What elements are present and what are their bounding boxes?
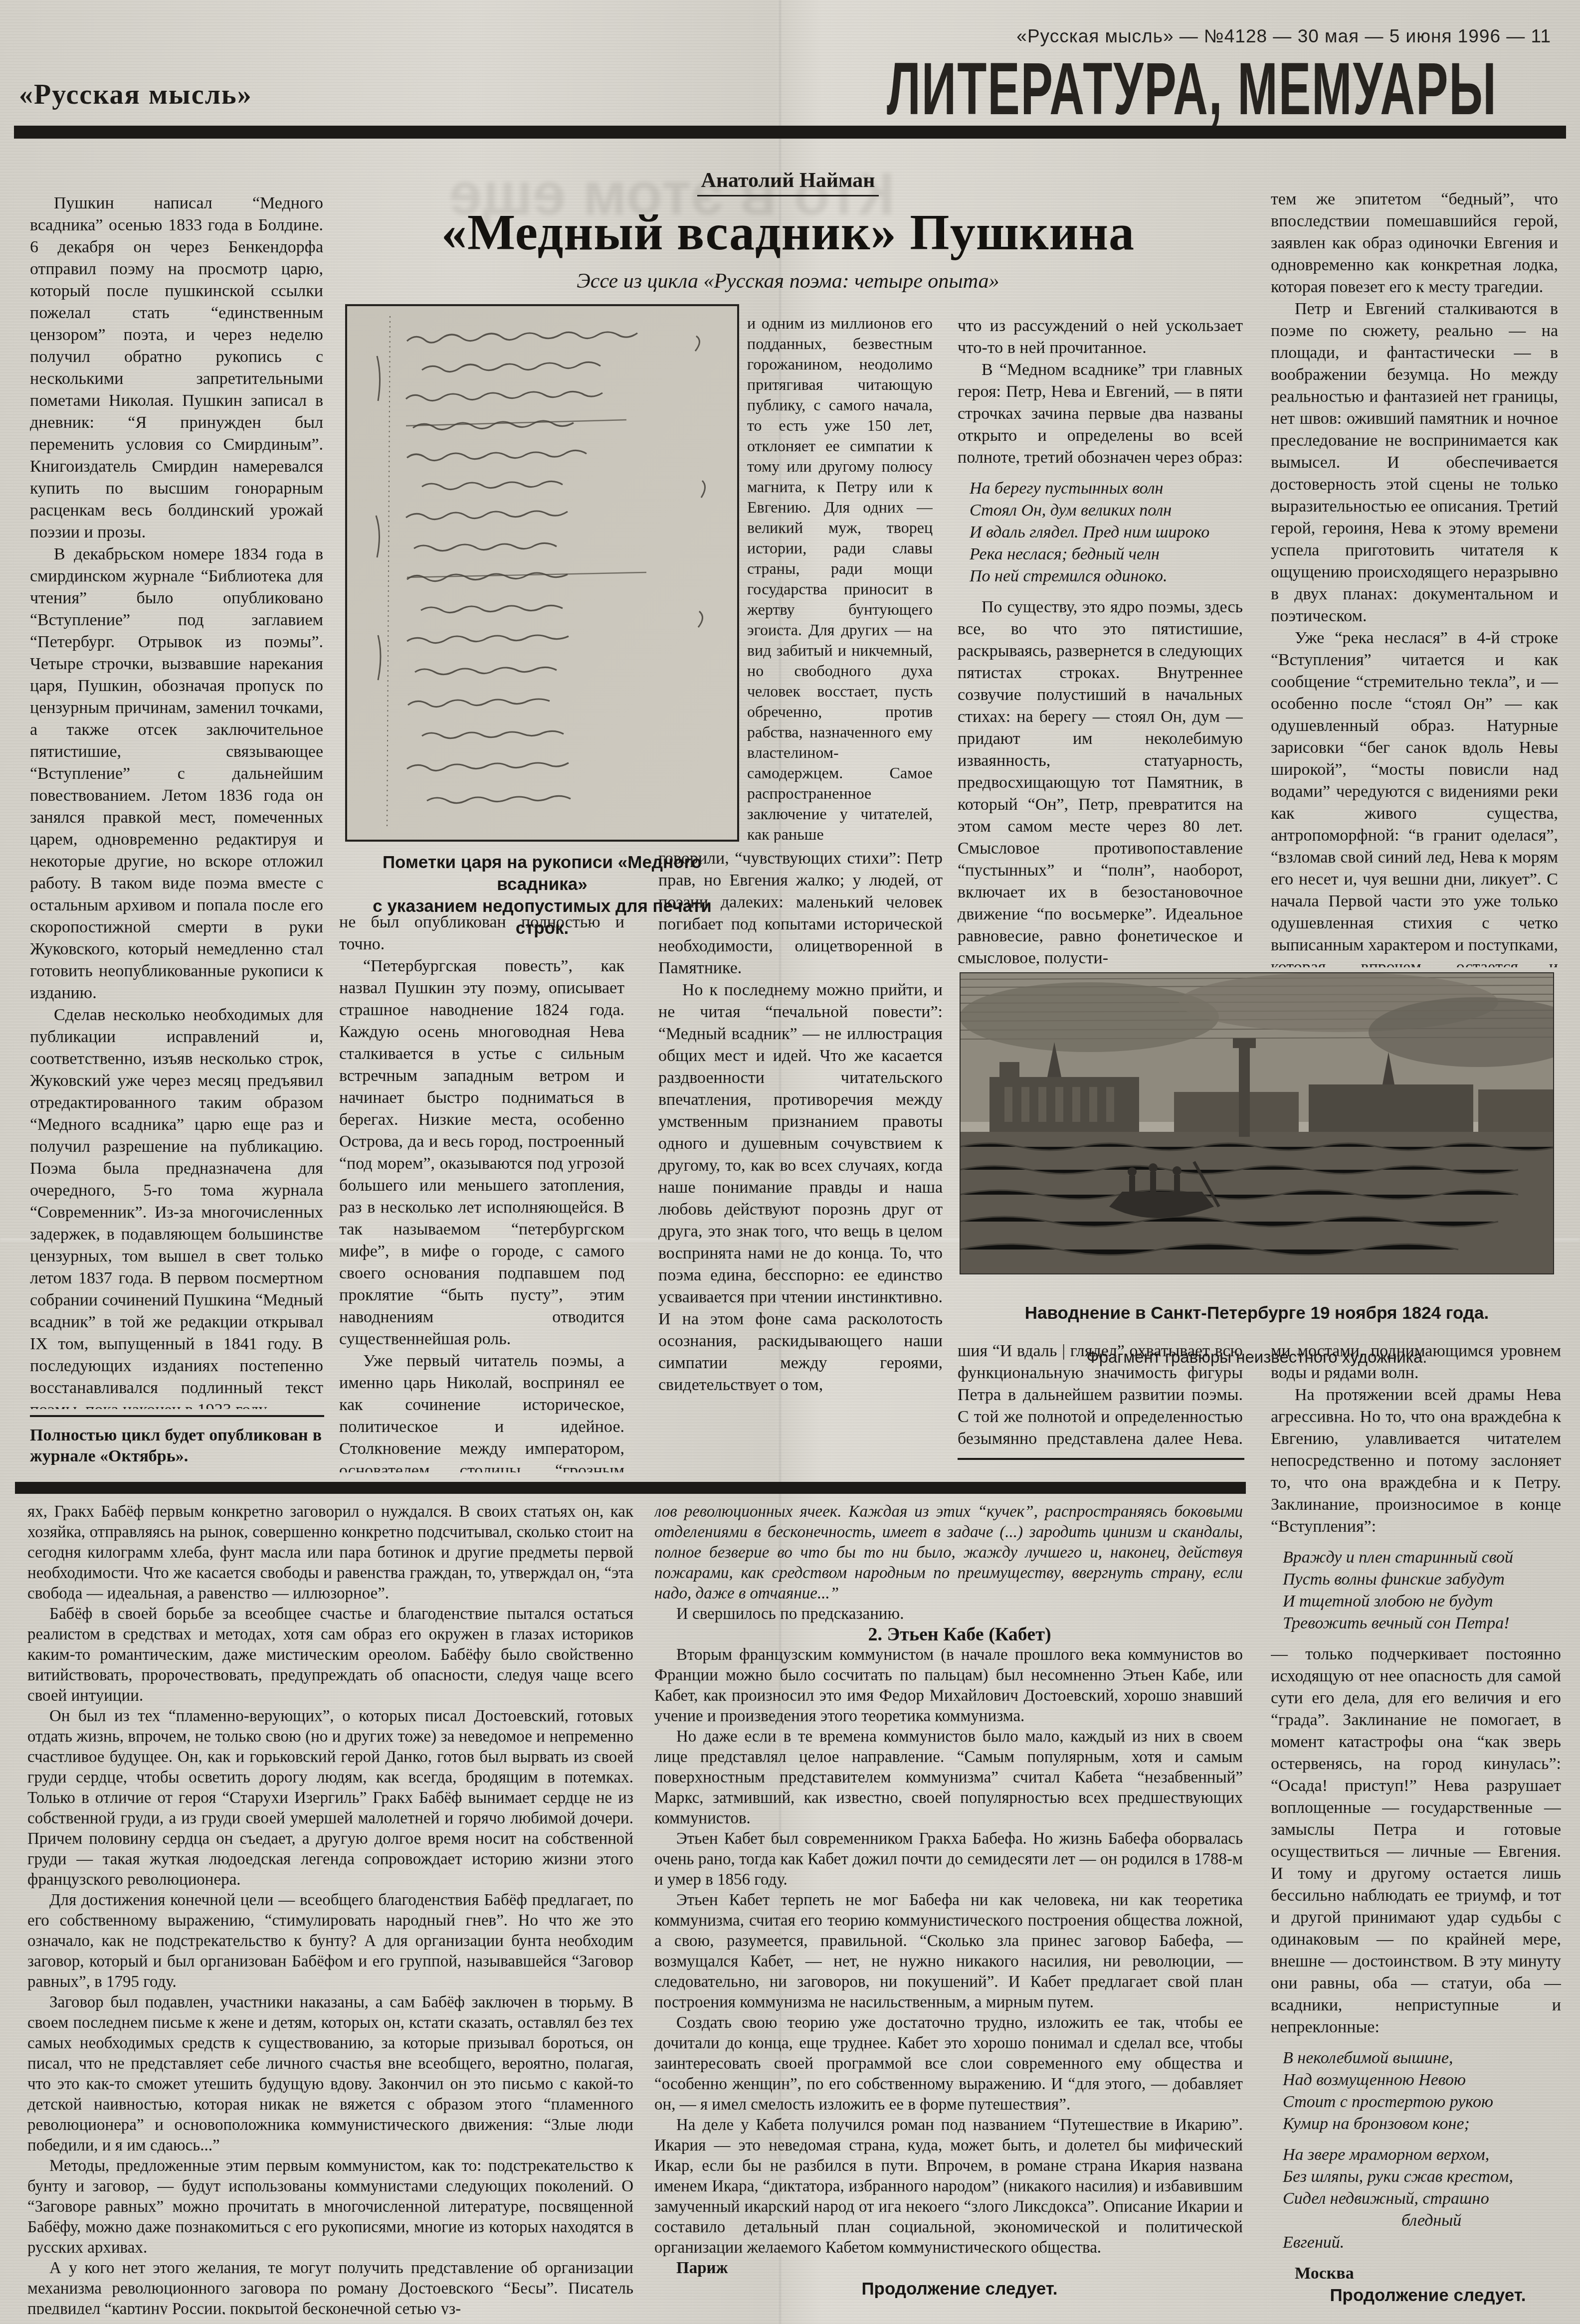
paragraph: На протяжении всей драмы Нева агрессивна… — [1271, 1384, 1561, 1538]
paragraph: Уже “река неслася” в 4-й строке “Вступле… — [1271, 627, 1558, 967]
paragraph: ми мостами, поднимающимся уровнем воды и… — [1271, 1340, 1561, 1384]
poem-quote-vrazhdu: Вражду и плен старинный свой Пусть волны… — [1283, 1547, 1561, 1634]
paragraph: И свершилось по предсказанию. — [654, 1604, 1243, 1624]
paragraph: Уже первый читатель поэмы, а именно царь… — [339, 1350, 624, 1472]
paragraph: Этьен Кабет был современником Гракха Баб… — [654, 1829, 1243, 1890]
paragraph: Сделав несколько необходимых для публика… — [30, 1004, 323, 1409]
essay-column-5-continued: ми мостами, поднимающимся уровнем воды и… — [1271, 1340, 1561, 2313]
essay-author: Анатолий Найман — [344, 169, 1232, 192]
paragraph: Пушкин написал “Медного всадника” осенью… — [30, 192, 323, 543]
babeuf-column-a: ях, Гракх Бабёф первым конкретно заговор… — [27, 1502, 633, 2315]
flood-engraving-image — [960, 972, 1554, 1274]
manuscript-handwriting-art — [347, 306, 737, 840]
paragraph: По существу, это ядро поэмы, здесь все, … — [958, 596, 1243, 967]
continuation-notice-right: Продолжение следует. — [1271, 2285, 1561, 2307]
paragraph: — только подчеркивает постоянно исходящу… — [1271, 1643, 1561, 2038]
paragraph: говорили, “чувствующих стихи”: Петр прав… — [658, 848, 943, 979]
paragraph: Бабёф в своей борьбе за всеобщее счастье… — [27, 1604, 633, 1706]
footnote-rule — [30, 1415, 324, 1417]
essay-author-name: Анатолий Найман — [697, 169, 879, 196]
poem-quote-na-beregu: На берегу пустынных волн Стоял Он, дум в… — [970, 478, 1243, 587]
poem-quote-na-zvere: На звере мраморном верхом, Без шляпы, ру… — [1283, 2144, 1561, 2254]
footnote: Полностью цикл будет опубликован в журна… — [30, 1425, 322, 1467]
poem-quote-v-nekolebimoy: В неколебимой вышине, Над возмущенною Не… — [1283, 2047, 1561, 2135]
paragraph: Но даже если в те времена коммунистов бы… — [654, 1727, 1243, 1829]
paragraph: Заговор был подавлен, участники наказаны… — [27, 1992, 633, 2156]
essay-column-1: Пушкин написал “Медного всадника” осенью… — [30, 192, 323, 1409]
paragraph: ях, Гракх Бабёф первым конкретно заговор… — [27, 1502, 633, 1604]
section-separator-rule — [15, 1482, 1246, 1494]
flood-engraving-art — [960, 972, 1554, 1274]
continuation-notice-middle: Продолжение следует. — [654, 2279, 1243, 2299]
issue-header-line: «Русская мысль» — №4128 — 30 мая — 5 июн… — [778, 26, 1551, 47]
manuscript-image — [345, 304, 739, 842]
paragraph: “Петербургская повесть”, как назвал Пушк… — [339, 955, 624, 1350]
essay-column-4-continued: шия “И вдаль | глядел” охватывает всю фу… — [958, 1340, 1243, 1454]
essay-title: «Медный всадник» Пушкина — [319, 203, 1257, 262]
column4-end-rule — [958, 1458, 1244, 1460]
essay-column-5: тем же эпитетом “бедный”, что впоследств… — [1271, 188, 1558, 967]
paragraph: что из рассуждений о ней ускользает что-… — [958, 315, 1243, 359]
paragraph: Но к последнему можно прийти, и не читая… — [658, 979, 943, 1396]
essay-column-3-wide: говорили, “чувствующих стихи”: Петр прав… — [658, 848, 943, 1472]
paragraph: Методы, предложенные этим первым коммуни… — [27, 2156, 633, 2258]
essay-subtitle: Эссе из цикла «Русская поэма: четыре опы… — [344, 269, 1232, 293]
cabet-column-b: лов революционных ячеек. Каждая из этих … — [654, 1502, 1243, 2320]
paragraph: и одним из миллионов его подданных, безв… — [747, 313, 933, 843]
flood-caption-line1: Наводнение в Санкт-Петербурге 19 ноября … — [960, 1302, 1554, 1324]
paragraph: А у кого нет этого желания, те могут пол… — [27, 2258, 633, 2315]
paragraph: Создать свою теорию уже достаточно трудн… — [654, 2013, 1243, 2115]
newspaper-page: «Русская мысль» — №4128 — 30 мая — 5 июн… — [0, 0, 1580, 2324]
dateline-paris: Париж — [654, 2258, 1243, 2279]
italic-quote-paragraph: лов революционных ячеек. Каждая из этих … — [654, 1502, 1243, 1604]
paragraph: Петр и Евгений сталкиваются в поэме по с… — [1271, 298, 1558, 627]
paragraph: не был опубликован полностью и точно. — [339, 911, 624, 955]
paragraph: тем же эпитетом “бедный”, что впоследств… — [1271, 188, 1558, 298]
paragraph: В “Медном всаднике” три главных героя: П… — [958, 359, 1243, 469]
essay-column-3-narrow: и одним из миллионов его подданных, безв… — [747, 313, 933, 843]
essay-column-4: что из рассуждений о ней ускользает что-… — [958, 315, 1243, 967]
paragraph: Для достижения конечной цели — всеобщего… — [27, 1890, 633, 1992]
header-rule — [14, 126, 1566, 139]
paragraph: В декабрьском номере 1834 года в смирдин… — [30, 543, 323, 1004]
essay-column-2: не был опубликован полностью и точно. “П… — [339, 911, 624, 1472]
paragraph: шия “И вдаль | глядел” охватывает всю фу… — [958, 1340, 1243, 1454]
dateline-moscow: Москва — [1271, 2263, 1561, 2285]
masthead: «Русская мысль» — [19, 79, 252, 111]
chapter-heading: 2. Этьен Кабе (Кабет) — [654, 1624, 1243, 1645]
paragraph: Этьен Кабет терпеть не мог Бабефа ни как… — [654, 1890, 1243, 2013]
section-title: ЛИТЕРАТУРА, МЕМУАРЫ — [849, 48, 1535, 132]
paragraph: Он был из тех “пламенно-верующих”, о кот… — [27, 1706, 633, 1890]
paragraph: Вторым французским коммунистом (в начале… — [654, 1645, 1243, 1727]
paragraph: На деле у Кабета получился роман под наз… — [654, 2115, 1243, 2258]
